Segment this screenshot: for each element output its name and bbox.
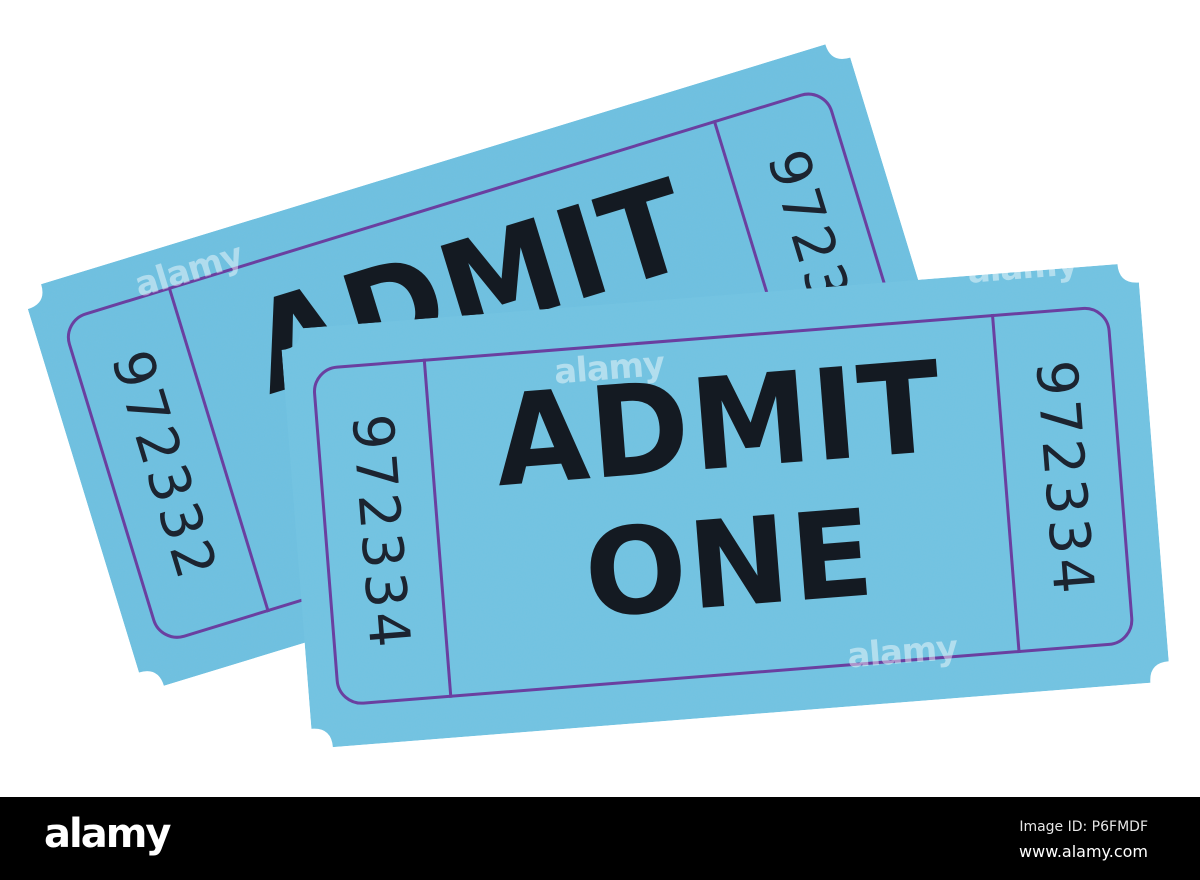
site-url: www.alamy.com — [1019, 842, 1148, 861]
ticket-front: 972334 972334 ADMIT ONE alamy alamy alam… — [280, 263, 1170, 749]
image-id-label: Image ID: P6FMDF — [1019, 819, 1148, 835]
photo-stage: 972332 972332 ADMIT ONE alamy 972334 972… — [0, 0, 1200, 797]
alamy-logo: alamy — [44, 811, 169, 857]
stock-footer-bar: alamy Image ID: P6FMDF www.alamy.com — [0, 797, 1200, 880]
